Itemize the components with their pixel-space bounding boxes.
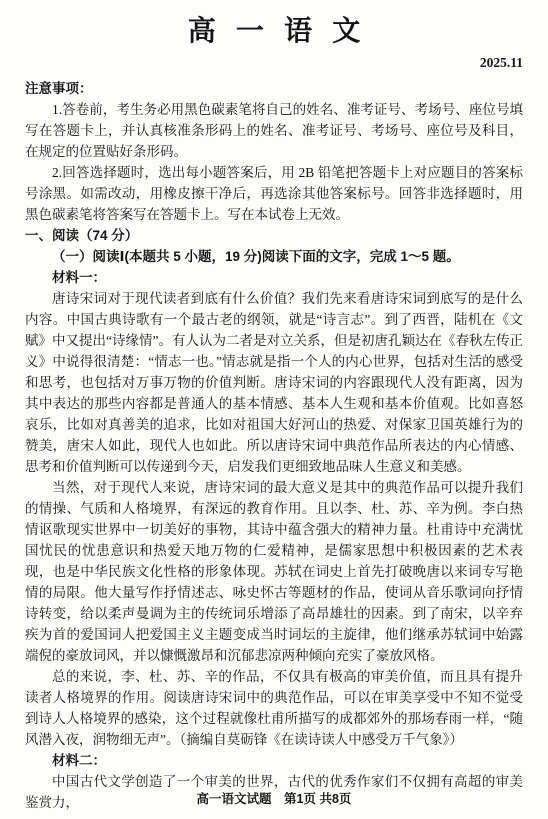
page-title: 高一语文 [25,14,523,50]
section-heading: 一、阅读（74 分） [25,225,523,246]
exam-date: 2025.11 [25,54,523,72]
material1-label: 材料一： [25,267,523,288]
material1-paragraph: 总的来说，李、杜、苏、辛的作品，不仅具有极高的审美价值，而且具有提升读者人格境界… [25,666,523,750]
notice-heading: 注意事项： [25,78,523,99]
reading-section: 一、阅读（74 分） （一）阅读Ⅰ(本题共 5 小题，19 分)阅读下面的文字，… [25,225,523,813]
material1-paragraph: 当然，对于现代人来说，唐诗宋词的最大意义是其中的典范作品可以提升我们的情操、气质… [25,477,523,666]
material2-label: 材料二： [25,750,523,771]
notice-item-2: 2.回答选择题时，选出每小题答案后，用 2B 铅笔把答题卡上对应题目的答案标号涂… [25,162,523,225]
notice-item-1: 1.答卷前，考生务必用黑色碳素笔将自己的姓名、准考证号、考场号、座位号填写在答题… [25,99,523,162]
page-footer: 高一语文试题 第1页 共8页 [0,789,548,807]
notice-section: 注意事项： 1.答卷前，考生务必用黑色碳素笔将自己的姓名、准考证号、考场号、座位… [25,78,523,225]
part-heading: （一）阅读Ⅰ(本题共 5 小题，19 分)阅读下面的文字，完成 1～5 题。 [25,246,523,267]
exam-paper-page: 高一语文 2025.11 注意事项： 1.答卷前，考生务必用黑色碳素笔将自己的姓… [0,0,548,819]
material1-paragraph: 唐诗宋词对于现代读者到底有什么价值？我们先来看唐诗宋词到底写的是什么内容。中国古… [25,288,523,477]
